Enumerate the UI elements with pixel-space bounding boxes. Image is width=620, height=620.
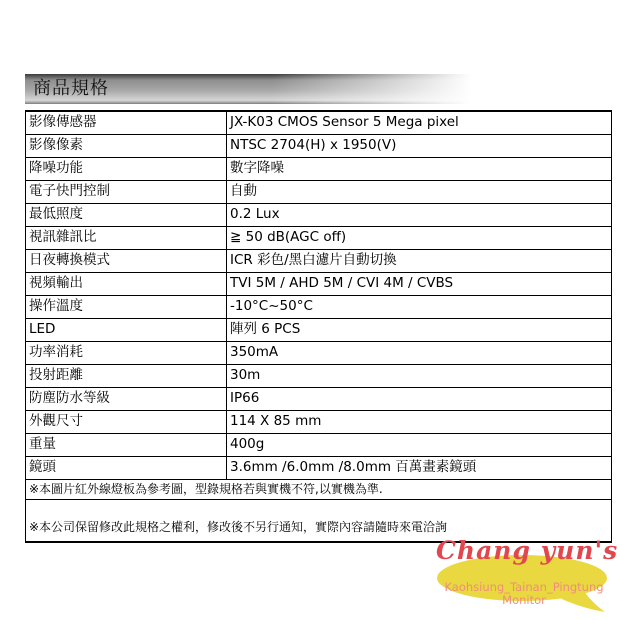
page-title: 商品規格 [25,74,109,104]
table-row: 防塵防水等級 IP66 [26,388,612,411]
spec-label: 視訊雜訊比 [26,227,227,250]
spec-label: 重量 [26,434,227,457]
spec-value: 30m [227,365,612,388]
table-row: 操作溫度 -10°C~50°C [26,296,612,319]
table-row: 影像像素 NTSC 2704(H) x 1950(V) [26,135,612,158]
table-row: 視訊雜訊比 ≧ 50 dB(AGC off) [26,227,612,250]
spec-label: 視頻輸出 [26,273,227,296]
spec-value: 114 X 85 mm [227,411,612,434]
spec-value: NTSC 2704(H) x 1950(V) [227,135,612,158]
spec-value: 350mA [227,342,612,365]
table-row: 影像傳感器 JX-K03 CMOS Sensor 5 Mega pixel [26,111,612,135]
table-row: 降噪功能 數字降噪 [26,158,612,181]
table-row: 投射距離 30m [26,365,612,388]
spec-value: ≧ 50 dB(AGC off) [227,227,612,250]
spec-value: 3.6mm /6.0mm /8.0mm 百萬畫素鏡頭 [227,457,612,480]
spec-value: 0.2 Lux [227,204,612,227]
spec-label: 日夜轉換模式 [26,250,227,273]
brand-name: Chang yun's [436,536,612,565]
spec-value: 數字降噪 [227,158,612,181]
brand-logo: Chang yun's Kaohsiung_Tainan_Pingtung Mo… [436,536,612,616]
spec-value: ICR 彩色/黑白濾片自動切換 [227,250,612,273]
spec-label: 最低照度 [26,204,227,227]
spec-label: 防塵防水等級 [26,388,227,411]
table-row: 電子快門控制 自動 [26,181,612,204]
spec-label: 鏡頭 [26,457,227,480]
spec-label: 降噪功能 [26,158,227,181]
table-row: 最低照度 0.2 Lux [26,204,612,227]
spec-value: 自動 [227,181,612,204]
spec-label: 功率消耗 [26,342,227,365]
disclaimer-note-1: ※本圖片紅外線燈板為參考圖，型錄規格若與實機不符,以實機為準. [26,480,612,500]
table-row: 鏡頭 3.6mm /6.0mm /8.0mm 百萬畫素鏡頭 [26,457,612,480]
spec-label: 投射距離 [26,365,227,388]
section-title-bar: 商品規格 [25,74,612,104]
table-row: LED 陣列 6 PCS [26,319,612,342]
spec-label: 外觀尺寸 [26,411,227,434]
table-row: 日夜轉換模式 ICR 彩色/黑白濾片自動切換 [26,250,612,273]
spec-value: -10°C~50°C [227,296,612,319]
spec-sheet-page: 商品規格 影像傳感器 JX-K03 CMOS Sensor 5 Mega pix… [0,0,620,620]
spec-table: 影像傳感器 JX-K03 CMOS Sensor 5 Mega pixel 影像… [25,110,612,543]
brand-product-text: Monitor [436,593,612,607]
brand-region-text: Kaohsiung_Tainan_Pingtung [436,580,612,594]
spec-value: JX-K03 CMOS Sensor 5 Mega pixel [227,111,612,135]
table-row: 外觀尺寸 114 X 85 mm [26,411,612,434]
table-row: 重量 400g [26,434,612,457]
spec-value: TVI 5M / AHD 5M / CVI 4M / CVBS [227,273,612,296]
table-row: 視頻輸出 TVI 5M / AHD 5M / CVI 4M / CVBS [26,273,612,296]
spec-label: LED [26,319,227,342]
spec-label: 影像像素 [26,135,227,158]
spec-value: 400g [227,434,612,457]
table-note-row: ※本圖片紅外線燈板為參考圖，型錄規格若與實機不符,以實機為準. [26,480,612,500]
table-row: 功率消耗 350mA [26,342,612,365]
spec-label: 影像傳感器 [26,111,227,135]
spec-label: 操作溫度 [26,296,227,319]
spec-value: IP66 [227,388,612,411]
spec-value: 陣列 6 PCS [227,319,612,342]
spec-label: 電子快門控制 [26,181,227,204]
